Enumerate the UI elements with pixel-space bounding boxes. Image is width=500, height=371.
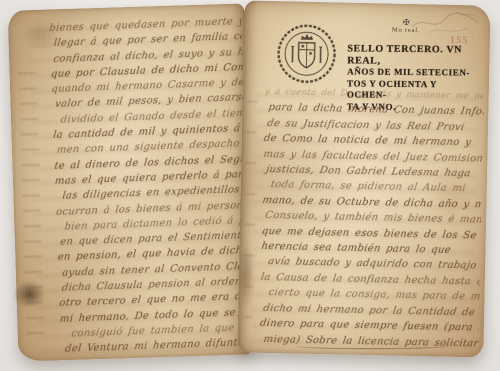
margin-bleedthrough-marks <box>242 101 258 333</box>
ink-blot-stain <box>13 280 46 309</box>
royal-coat-of-arms-seal-icon <box>275 22 338 85</box>
handwritten-text-block: bienes que quedasen por muerte y caso de… <box>49 14 253 359</box>
right-manuscript-page: ✠ Mo real. SELLO TERCERO. VN REAL, AÑOS … <box>237 0 490 357</box>
margin-bleedthrough-marks <box>18 72 44 340</box>
underline-flourish <box>296 343 448 349</box>
folio-number: 155 <box>450 36 469 47</box>
left-manuscript-page: bienes que quedasen por muerte y caso de… <box>8 3 256 361</box>
stamp-line: SELLO TERCERO. VN REAL, <box>347 43 479 68</box>
overprint-text: Mo real. <box>376 26 436 34</box>
photo-backdrop: bienes que quedasen por muerte y caso de… <box>0 0 500 371</box>
handwritten-text-block: y á cuenta del De ganado y mantener me n… <box>259 85 484 356</box>
overprint-block: ✠ Mo real. <box>376 17 436 34</box>
